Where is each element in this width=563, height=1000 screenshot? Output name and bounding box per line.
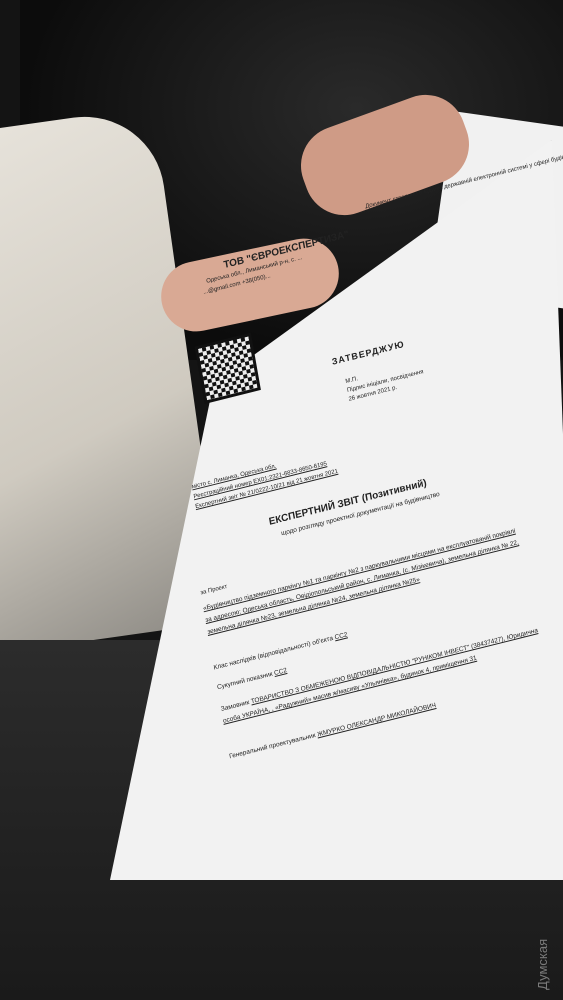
total-indicator: Сукупний показник СС2 xyxy=(217,667,288,691)
project-description: «Будівництво підземного паркінгу №1 та п… xyxy=(202,524,528,639)
customer-label: Замовник xyxy=(220,699,250,713)
consequence-class-value: СС2 xyxy=(334,631,348,641)
consequence-class: Клас наслідків (відповідальності) об'єкт… xyxy=(213,631,348,671)
project-label: за Проект xyxy=(200,584,228,597)
total-indicator-label: Сукупний показник xyxy=(217,671,274,692)
watermark: Думская xyxy=(535,939,550,990)
consequence-class-label: Клас наслідків (відповідальності) об'єкт… xyxy=(213,635,334,672)
total-indicator-value: СС2 xyxy=(274,667,288,677)
approve-label: ЗАТВЕРДЖУЮ xyxy=(331,339,405,367)
general-designer-label: Генеральний проектувальник xyxy=(229,732,316,760)
qr-code-icon xyxy=(198,336,258,400)
stamp-label: М.П. xyxy=(345,376,358,385)
general-designer-value: ЖМУРКО ОЛЕКСАНДР МИКОЛАЙОВИЧ xyxy=(317,702,437,739)
